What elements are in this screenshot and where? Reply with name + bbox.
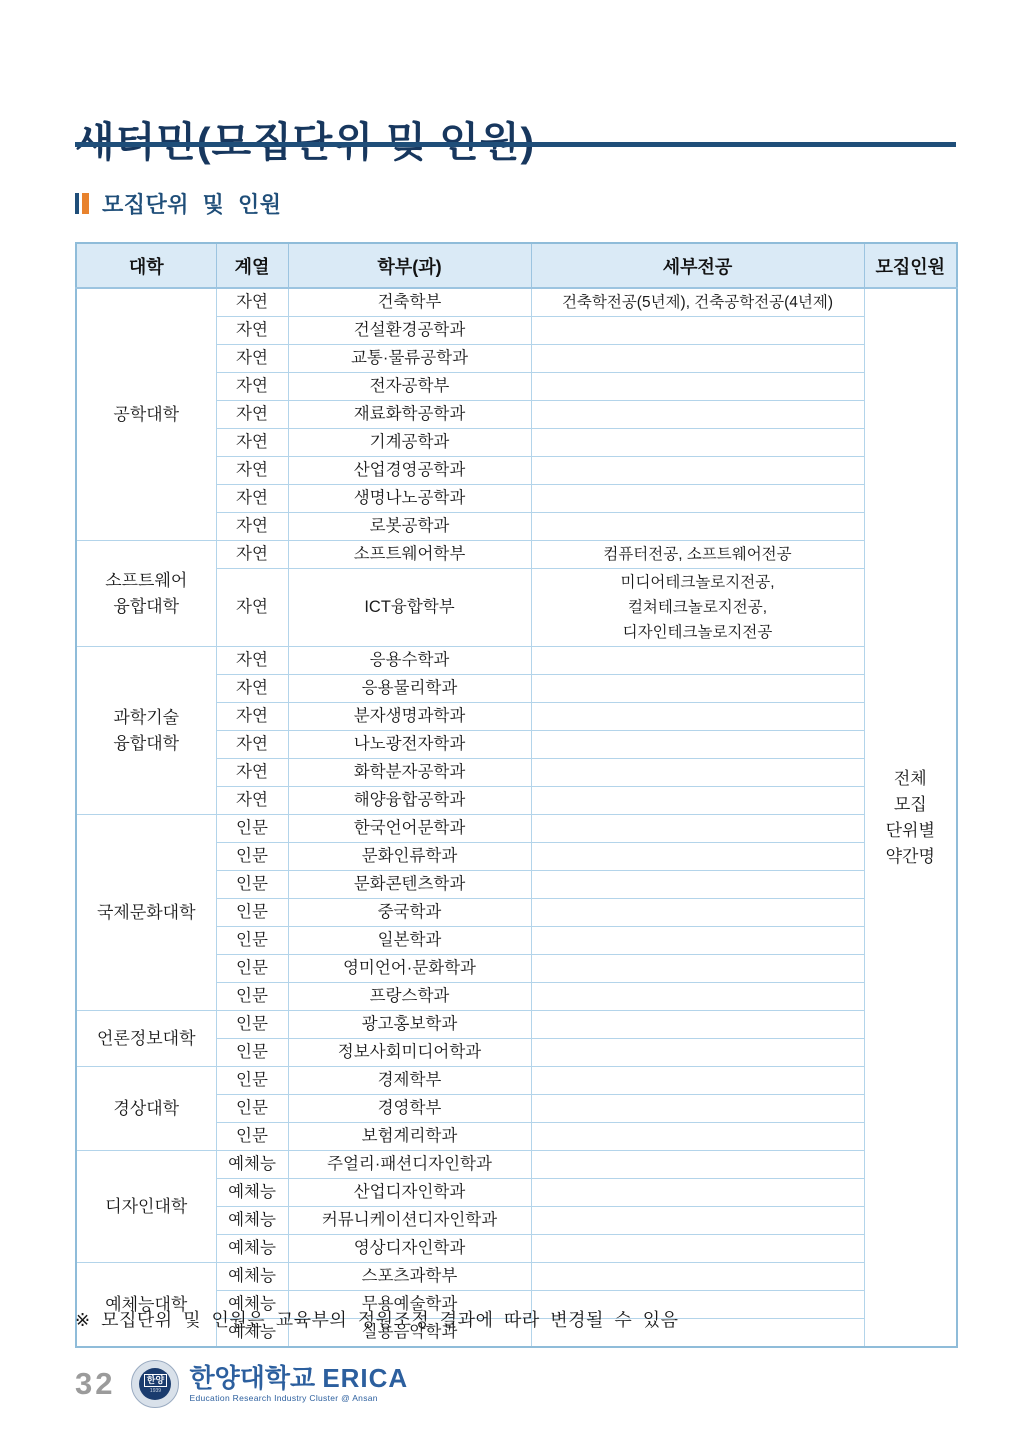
brand-korean: 한양대학교 xyxy=(189,1363,315,1393)
department-cell: 응용수학과 xyxy=(288,647,531,675)
track-cell: 인문 xyxy=(216,927,288,955)
department-cell: 전자공학부 xyxy=(288,373,531,401)
track-cell: 자연 xyxy=(216,787,288,815)
section-marker-navy-bar xyxy=(75,193,79,214)
department-cell: 해양융합공학과 xyxy=(288,787,531,815)
header-track: 계열 xyxy=(216,243,288,288)
header-college: 대학 xyxy=(76,243,216,288)
major-cell: 미디어테크놀로지전공, 컬쳐테크놀로지전공, 디자인테크놀로지전공 xyxy=(531,569,864,647)
track-cell: 자연 xyxy=(216,457,288,485)
table-row: 디자인대학예체능주얼리·패션디자인학과 xyxy=(76,1151,957,1179)
track-cell: 예체능 xyxy=(216,1263,288,1291)
major-cell xyxy=(531,1039,864,1067)
track-cell: 자연 xyxy=(216,759,288,787)
major-cell xyxy=(531,1095,864,1123)
track-cell: 자연 xyxy=(216,647,288,675)
department-cell: 주얼리·패션디자인학과 xyxy=(288,1151,531,1179)
section-marker-orange-bar xyxy=(82,193,89,214)
department-cell: 건설환경공학과 xyxy=(288,317,531,345)
admissions-table: 대학 계열 학부(과) 세부전공 모집인원 공학대학자연건축학부건축학전공(5년… xyxy=(75,242,958,1348)
table-row: 경상대학인문경제학부 xyxy=(76,1067,957,1095)
track-cell: 예체능 xyxy=(216,1235,288,1263)
track-cell: 인문 xyxy=(216,1039,288,1067)
track-cell: 인문 xyxy=(216,815,288,843)
major-cell xyxy=(531,927,864,955)
track-cell: 예체능 xyxy=(216,1151,288,1179)
seal-inner-circle: 한양 1939 xyxy=(139,1368,171,1400)
department-cell: 로봇공학과 xyxy=(288,513,531,541)
brand-latin: ERICA xyxy=(322,1363,408,1393)
major-cell xyxy=(531,1263,864,1291)
quota-cell: 전체 모집 단위별 약간명 xyxy=(864,288,957,1347)
major-cell xyxy=(531,843,864,871)
college-cell: 소프트웨어 융합대학 xyxy=(76,541,216,647)
track-cell: 예체능 xyxy=(216,1207,288,1235)
track-cell: 자연 xyxy=(216,541,288,569)
major-cell xyxy=(531,899,864,927)
department-cell: 영상디자인학과 xyxy=(288,1235,531,1263)
track-cell: 자연 xyxy=(216,703,288,731)
header-quota: 모집인원 xyxy=(864,243,957,288)
department-cell: 교통·물류공학과 xyxy=(288,345,531,373)
major-cell xyxy=(531,983,864,1011)
major-cell xyxy=(531,871,864,899)
major-cell xyxy=(531,1207,864,1235)
department-cell: 일본학과 xyxy=(288,927,531,955)
track-cell: 인문 xyxy=(216,983,288,1011)
major-cell xyxy=(531,317,864,345)
track-cell: 자연 xyxy=(216,345,288,373)
page-number: 32 xyxy=(75,1366,115,1402)
table-row: 공학대학자연건축학부건축학전공(5년제), 건축공학전공(4년제)전체 모집 단… xyxy=(76,288,957,317)
table-row: 예체능대학예체능스포츠과학부 xyxy=(76,1263,957,1291)
major-cell xyxy=(531,1151,864,1179)
department-cell: 정보사회미디어학과 xyxy=(288,1039,531,1067)
department-cell: 커뮤니케이션디자인학과 xyxy=(288,1207,531,1235)
department-cell: 프랑스학과 xyxy=(288,983,531,1011)
department-cell: 광고홍보학과 xyxy=(288,1011,531,1039)
track-cell: 예체능 xyxy=(216,1179,288,1207)
section-heading: 모집단위 및 인원 xyxy=(75,190,282,216)
track-cell: 자연 xyxy=(216,401,288,429)
major-cell xyxy=(531,675,864,703)
seal-year: 1939 xyxy=(150,1388,161,1394)
department-cell: 소프트웨어학부 xyxy=(288,541,531,569)
college-cell: 과학기술 융합대학 xyxy=(76,647,216,815)
table-row: 소프트웨어 융합대학자연소프트웨어학부컴퓨터전공, 소프트웨어전공 xyxy=(76,541,957,569)
table-row: 과학기술 융합대학자연응용수학과 xyxy=(76,647,957,675)
department-cell: 산업경영공학과 xyxy=(288,457,531,485)
college-cell: 예체능대학 xyxy=(76,1263,216,1348)
department-cell: 산업디자인학과 xyxy=(288,1179,531,1207)
major-cell xyxy=(531,1011,864,1039)
track-cell: 인문 xyxy=(216,843,288,871)
department-cell: 경영학부 xyxy=(288,1095,531,1123)
major-cell xyxy=(531,457,864,485)
major-cell xyxy=(531,703,864,731)
track-cell: 자연 xyxy=(216,569,288,647)
track-cell: 자연 xyxy=(216,675,288,703)
college-cell: 경상대학 xyxy=(76,1067,216,1151)
department-cell: 문화인류학과 xyxy=(288,843,531,871)
major-cell xyxy=(531,513,864,541)
major-cell xyxy=(531,1067,864,1095)
department-cell: 중국학과 xyxy=(288,899,531,927)
footer-brand-name: 한양대학교 ERICA xyxy=(189,1365,408,1391)
major-cell xyxy=(531,787,864,815)
department-cell: 기계공학과 xyxy=(288,429,531,457)
title-underline xyxy=(75,142,956,147)
major-cell xyxy=(531,759,864,787)
department-cell: 건축학부 xyxy=(288,288,531,317)
track-cell: 자연 xyxy=(216,513,288,541)
admissions-table-container: 대학 계열 학부(과) 세부전공 모집인원 공학대학자연건축학부건축학전공(5년… xyxy=(75,242,956,1348)
track-cell: 자연 xyxy=(216,317,288,345)
major-cell xyxy=(531,647,864,675)
track-cell: 인문 xyxy=(216,1067,288,1095)
track-cell: 인문 xyxy=(216,1123,288,1151)
department-cell: 스포츠과학부 xyxy=(288,1263,531,1291)
college-cell: 언론정보대학 xyxy=(76,1011,216,1067)
department-cell: 재료화학공학과 xyxy=(288,401,531,429)
major-cell xyxy=(531,401,864,429)
footer-tagline: Education Research Industry Cluster @ An… xyxy=(189,1393,408,1403)
college-cell: 디자인대학 xyxy=(76,1151,216,1263)
department-cell: 보험계리학과 xyxy=(288,1123,531,1151)
department-cell: ICT융합학부 xyxy=(288,569,531,647)
table-row: 국제문화대학인문한국언어문학과 xyxy=(76,815,957,843)
track-cell: 인문 xyxy=(216,871,288,899)
college-cell: 국제문화대학 xyxy=(76,815,216,1011)
major-cell xyxy=(531,485,864,513)
major-cell xyxy=(531,1123,864,1151)
track-cell: 인문 xyxy=(216,1011,288,1039)
track-cell: 인문 xyxy=(216,955,288,983)
document-page: 새터민(모집단위 및 인원) 모집단위 및 인원 대학 계열 학부(과) 세부전… xyxy=(0,0,1024,1447)
department-cell: 생명나노공학과 xyxy=(288,485,531,513)
header-major: 세부전공 xyxy=(531,243,864,288)
track-cell: 자연 xyxy=(216,288,288,317)
major-cell xyxy=(531,373,864,401)
table-header-row: 대학 계열 학부(과) 세부전공 모집인원 xyxy=(76,243,957,288)
footer-brand: 한양대학교 ERICA Education Research Industry … xyxy=(189,1365,408,1403)
department-cell: 한국언어문학과 xyxy=(288,815,531,843)
major-cell xyxy=(531,815,864,843)
department-cell: 경제학부 xyxy=(288,1067,531,1095)
table-row: 언론정보대학인문광고홍보학과 xyxy=(76,1011,957,1039)
seal-text: 한양 xyxy=(144,1374,167,1387)
track-cell: 자연 xyxy=(216,373,288,401)
track-cell: 인문 xyxy=(216,899,288,927)
section-title: 모집단위 및 인원 xyxy=(102,188,282,219)
track-cell: 자연 xyxy=(216,485,288,513)
department-cell: 화학분자공학과 xyxy=(288,759,531,787)
major-cell xyxy=(531,731,864,759)
department-cell: 영미언어·문화학과 xyxy=(288,955,531,983)
major-cell xyxy=(531,955,864,983)
major-cell xyxy=(531,345,864,373)
university-seal-icon: 한양 1939 xyxy=(131,1360,179,1408)
header-department: 학부(과) xyxy=(288,243,531,288)
department-cell: 나노광전자학과 xyxy=(288,731,531,759)
page-title: 새터민(모집단위 및 인원) xyxy=(75,109,535,168)
major-cell: 건축학전공(5년제), 건축공학전공(4년제) xyxy=(531,288,864,317)
major-cell xyxy=(531,429,864,457)
major-cell xyxy=(531,1179,864,1207)
department-cell: 분자생명과학과 xyxy=(288,703,531,731)
major-cell xyxy=(531,1235,864,1263)
page-footer: 32 한양 1939 한양대학교 ERICA Education Researc… xyxy=(75,1360,408,1408)
footnote: ※ 모집단위 및 인원은 교육부의 정원조정 결과에 따라 변경될 수 있음 xyxy=(75,1306,679,1332)
department-cell: 응용물리학과 xyxy=(288,675,531,703)
table-body: 공학대학자연건축학부건축학전공(5년제), 건축공학전공(4년제)전체 모집 단… xyxy=(76,288,957,1347)
major-cell: 컴퓨터전공, 소프트웨어전공 xyxy=(531,541,864,569)
college-cell: 공학대학 xyxy=(76,288,216,541)
track-cell: 인문 xyxy=(216,1095,288,1123)
track-cell: 자연 xyxy=(216,731,288,759)
track-cell: 자연 xyxy=(216,429,288,457)
department-cell: 문화콘텐츠학과 xyxy=(288,871,531,899)
